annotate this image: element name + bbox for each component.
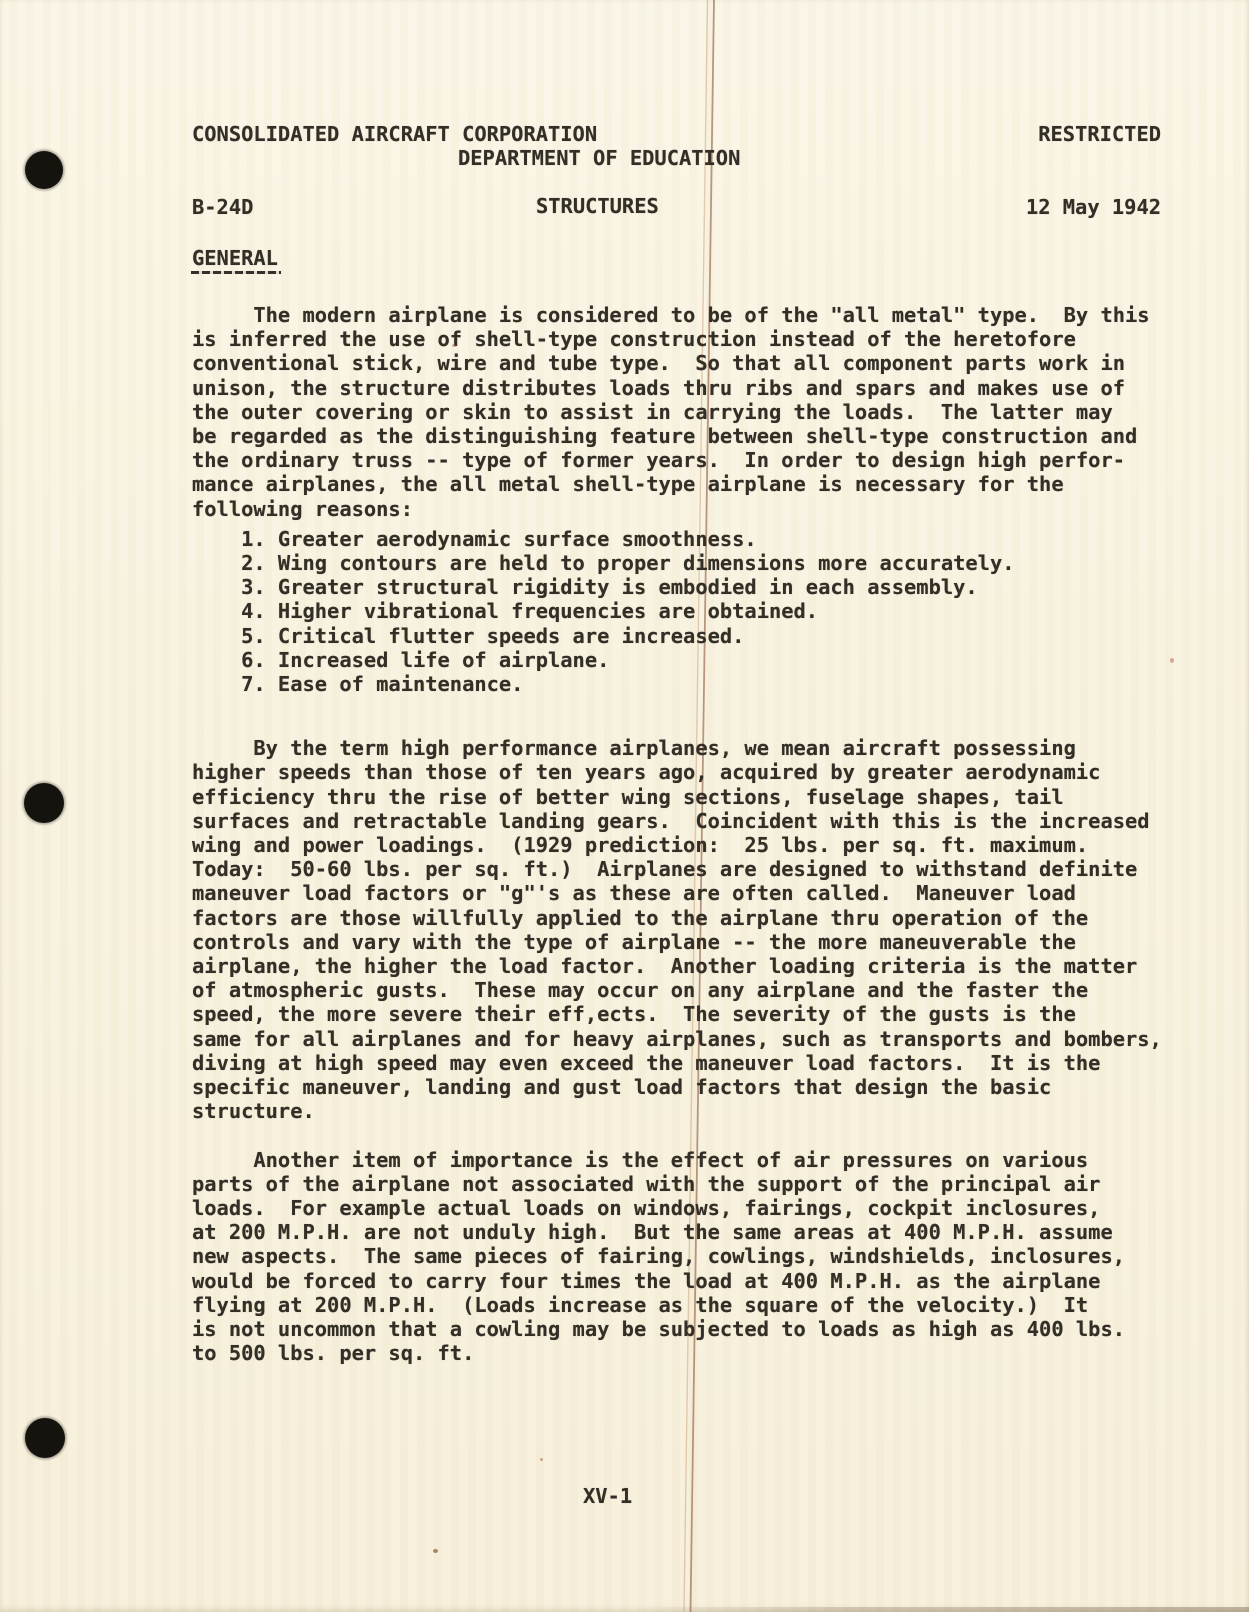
department-title: DEPARTMENT OF EDUCATION <box>458 146 740 170</box>
scan-bottom-edge-shadow <box>639 1607 1249 1612</box>
section-heading-underline <box>191 271 281 274</box>
classification-label: RESTRICTED <box>1026 122 1161 146</box>
paragraph-intro: The modern airplane is considered to be … <box>192 303 1162 521</box>
document-page: CONSOLIDATED AIRCRAFT CORPORATION B-24D … <box>0 0 1249 1612</box>
paper-speck <box>452 344 456 347</box>
document-title: STRUCTURES <box>536 194 659 218</box>
hole-punch-bottom <box>25 1418 65 1458</box>
hole-punch-top <box>25 151 63 189</box>
body-text-block: The modern airplane is considered to be … <box>192 303 1162 1365</box>
paper-speck <box>1170 658 1174 663</box>
header-left-block: CONSOLIDATED AIRCRAFT CORPORATION B-24D <box>192 74 597 268</box>
document-date: 12 May 1942 <box>1026 195 1161 219</box>
paragraph-air-pressures: Another item of importance is the effect… <box>192 1148 1162 1366</box>
company-name: CONSOLIDATED AIRCRAFT CORPORATION <box>192 122 597 146</box>
paper-speck <box>433 1549 438 1553</box>
section-heading: GENERAL <box>192 246 278 270</box>
numbered-reasons-list: 1. Greater aerodynamic surface smoothnes… <box>192 527 1162 696</box>
page-number: XV-1 <box>583 1484 632 1508</box>
hole-punch-middle <box>24 783 64 823</box>
paper-speck <box>540 1458 543 1461</box>
header-right-block: RESTRICTED 12 May 1942 <box>1026 74 1161 268</box>
paragraph-high-performance: By the term high performance airplanes, … <box>192 736 1162 1123</box>
